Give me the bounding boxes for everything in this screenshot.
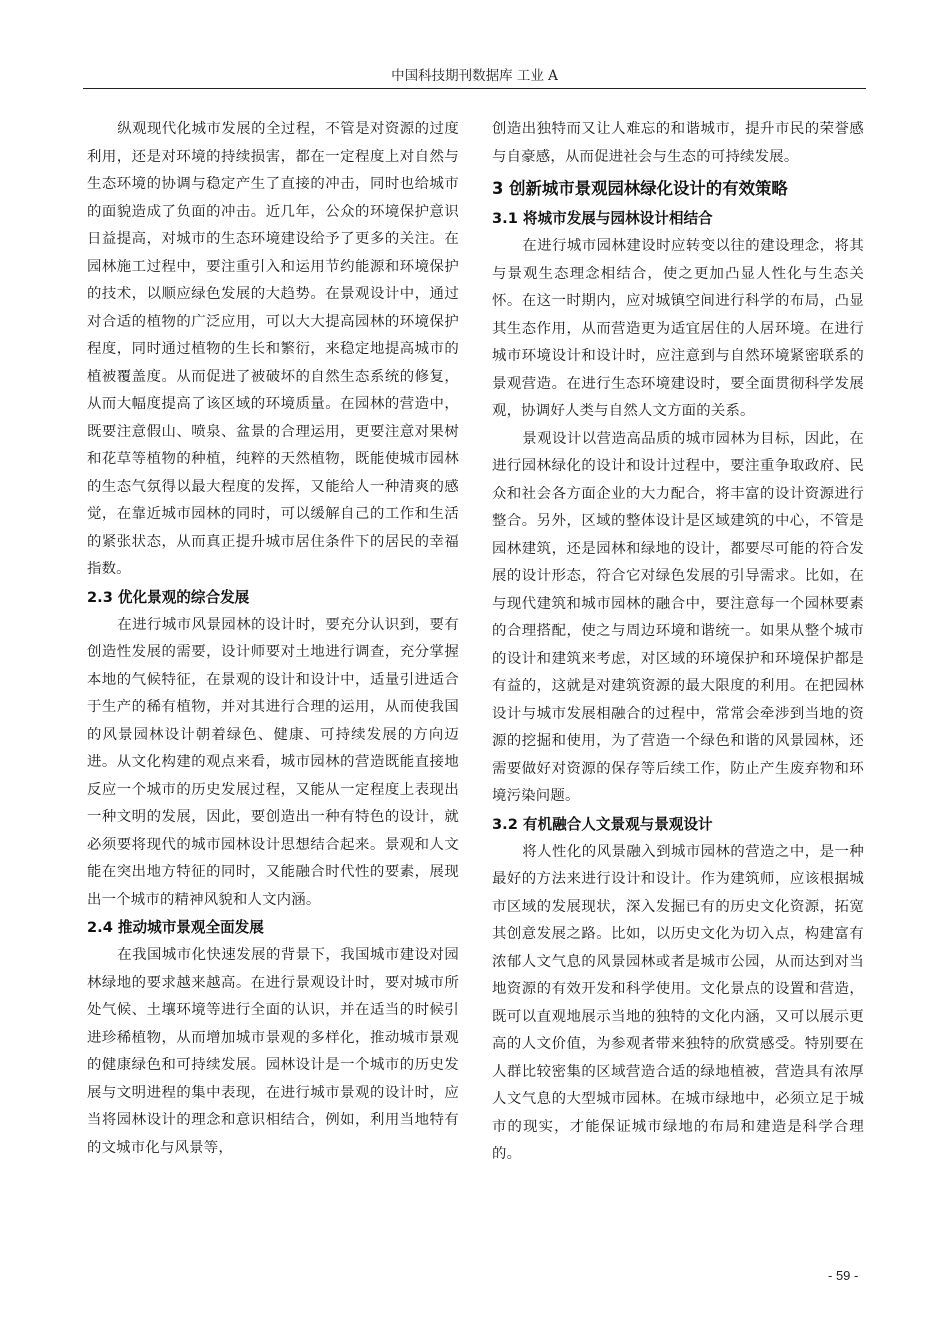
paragraph: 在进行城市园林建设时应转变以往的建设理念，将其与景观生态理念相结合，使之更加凸显… (492, 233, 864, 426)
section-heading-3-1: 3.1 将城市发展与园林设计相结合 (492, 205, 864, 233)
paragraph: 在进行城市风景园林的设计时，要充分认识到，要有创造性发展的需要，设计师要对土地进… (87, 612, 459, 915)
paragraph: 纵观现代化城市发展的全过程，不管是对资源的过度利用，还是对环境的持续损害，都在一… (87, 116, 459, 584)
page-number: - 59 - (828, 1268, 858, 1283)
section-heading-3-2: 3.2 有机融合人文景观与景观设计 (492, 811, 864, 839)
paragraph: 在我国城市化快速发展的背景下，我国城市建设对园林绿地的要求越来越高。在进行景观设… (87, 942, 459, 1162)
right-column: 创造出独特而又让人难忘的和谐城市，提升市民的荣誉感与自豪感，从而促进社会与生态的… (492, 116, 864, 1169)
journal-title: 中国科技期刊数据库 工业 A (391, 68, 558, 84)
section-heading-2-3: 2.3 优化景观的综合发展 (87, 584, 459, 612)
paragraph: 景观设计以营造高品质的城市园林为目标，因此，在进行园林绿化的设计和设计过程中，要… (492, 426, 864, 811)
section-heading-2-4: 2.4 推动城市景观全面发展 (87, 914, 459, 942)
paragraph-continued: 创造出独特而又让人难忘的和谐城市，提升市民的荣誉感与自豪感，从而促进社会与生态的… (492, 116, 864, 171)
running-header: 中国科技期刊数据库 工业 A (83, 66, 866, 89)
section-heading-3: 3 创新城市景观园林绿化设计的有效策略 (492, 173, 864, 205)
paragraph: 将人性化的风景融入到城市园林的营造之中，是一种最好的方法来进行设计和设计。作为建… (492, 839, 864, 1169)
left-column: 纵观现代化城市发展的全过程，不管是对资源的过度利用，还是对环境的持续损害，都在一… (87, 116, 459, 1162)
